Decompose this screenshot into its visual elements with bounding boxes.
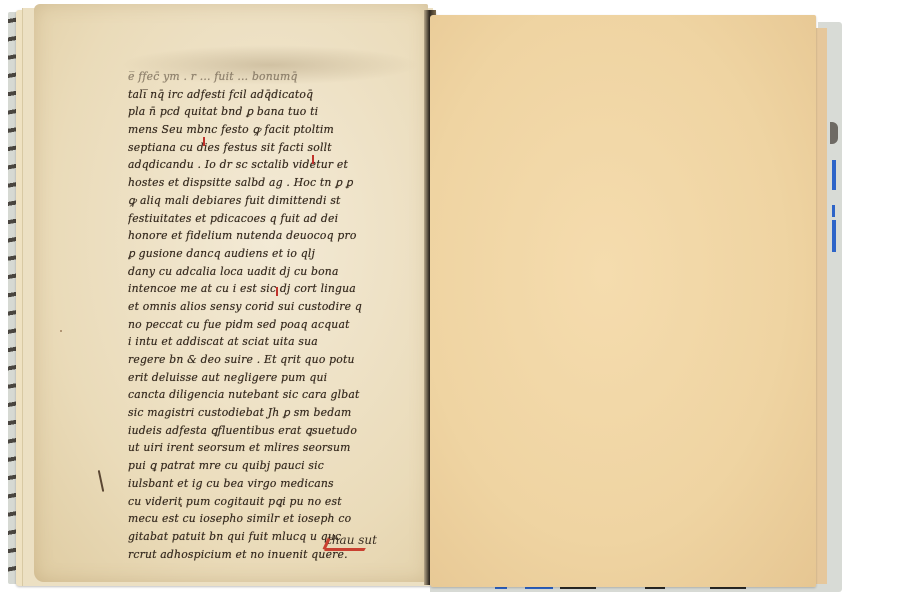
text-line: septiana cu dies festus sit facti sollt (128, 139, 413, 157)
text-line: honore et fidelium nutenda deuocoq pro (128, 227, 413, 245)
text-line: cancta diligencia nutebant sic cara glba… (128, 386, 413, 404)
text-line: adqdicandu . Io dr sc sctalib videtur et (128, 156, 413, 174)
catchword: thau sut (327, 533, 377, 547)
text-line: i intu et addiscat at sciat uita sua (128, 333, 413, 351)
text-line: intencoe me at cu i est sic dj cort ling… (128, 280, 413, 298)
text-line: et omnis alios sensy corid sui custodire… (128, 298, 413, 316)
speck (60, 330, 62, 332)
text-line: cu viderit pum cogitauit pꝗi pu no est (128, 493, 413, 511)
text-line: iudeis adfesta ꝗfluentibus erat ꝗsuetudo (128, 422, 413, 440)
manuscript-text-block: e̅ ffec̄ ym . r ... fuit ... bonumq̄ tal… (128, 68, 413, 563)
dark-mark (830, 122, 838, 144)
text-line: ꝑ gusione dancq audiens et io qlj (128, 245, 413, 263)
text-line: sic magistri custodiebat Jh ꝑ sm bedam (128, 404, 413, 422)
text-line: erit deluisse aut negligere pum qui (128, 369, 413, 387)
text-line: rcrut adhospicium et no inuenit quere. (128, 546, 413, 564)
blue-mark (832, 205, 835, 217)
text-line: hostes et dispsitte salbd ag . Hoc tn ꝑ … (128, 174, 413, 192)
text-line: dany cu adcalia loca uadit dj cu bona (128, 263, 413, 281)
rubric-mark (312, 155, 314, 164)
blank-recto-page (430, 15, 816, 587)
text-line: no peccat cu fue pidm sed poaq acquat (128, 316, 413, 334)
blue-mark (832, 160, 836, 190)
text-line: tali̅ nq̄ irc adfesti fcil adq̄dicatoq̄ (128, 86, 413, 104)
text-line: ꝙ aliq mali debiares fuit dimittendi st (128, 192, 413, 210)
rubric-mark (276, 287, 278, 296)
blue-mark (832, 220, 836, 252)
text-line: regere bn & deo suire . Et qrit quo potu (128, 351, 413, 369)
text-line: mecu est cu iosepho similr et ioseph co (128, 510, 413, 528)
text-line: pui ꝗ patrat mre cu quibj pauci sic (128, 457, 413, 475)
text-line: pla n̄ pcd quitat bnd ꝑ bana tuo ti (128, 103, 413, 121)
text-line: mens Seu mbnc festo ꝙ facit ptoltim (128, 121, 413, 139)
catchword-red-underline (324, 548, 366, 551)
rubric-mark (203, 137, 205, 146)
text-line: festiuitates et pdicacoes q fuit ad dei (128, 210, 413, 228)
text-line: ut uiri irent seorsum et mlires seorsum (128, 439, 413, 457)
text-line: e̅ ffec̄ ym . r ... fuit ... bonumq̄ (128, 68, 413, 86)
text-line: iulsbant et ig cu bea virgo medicans (128, 475, 413, 493)
